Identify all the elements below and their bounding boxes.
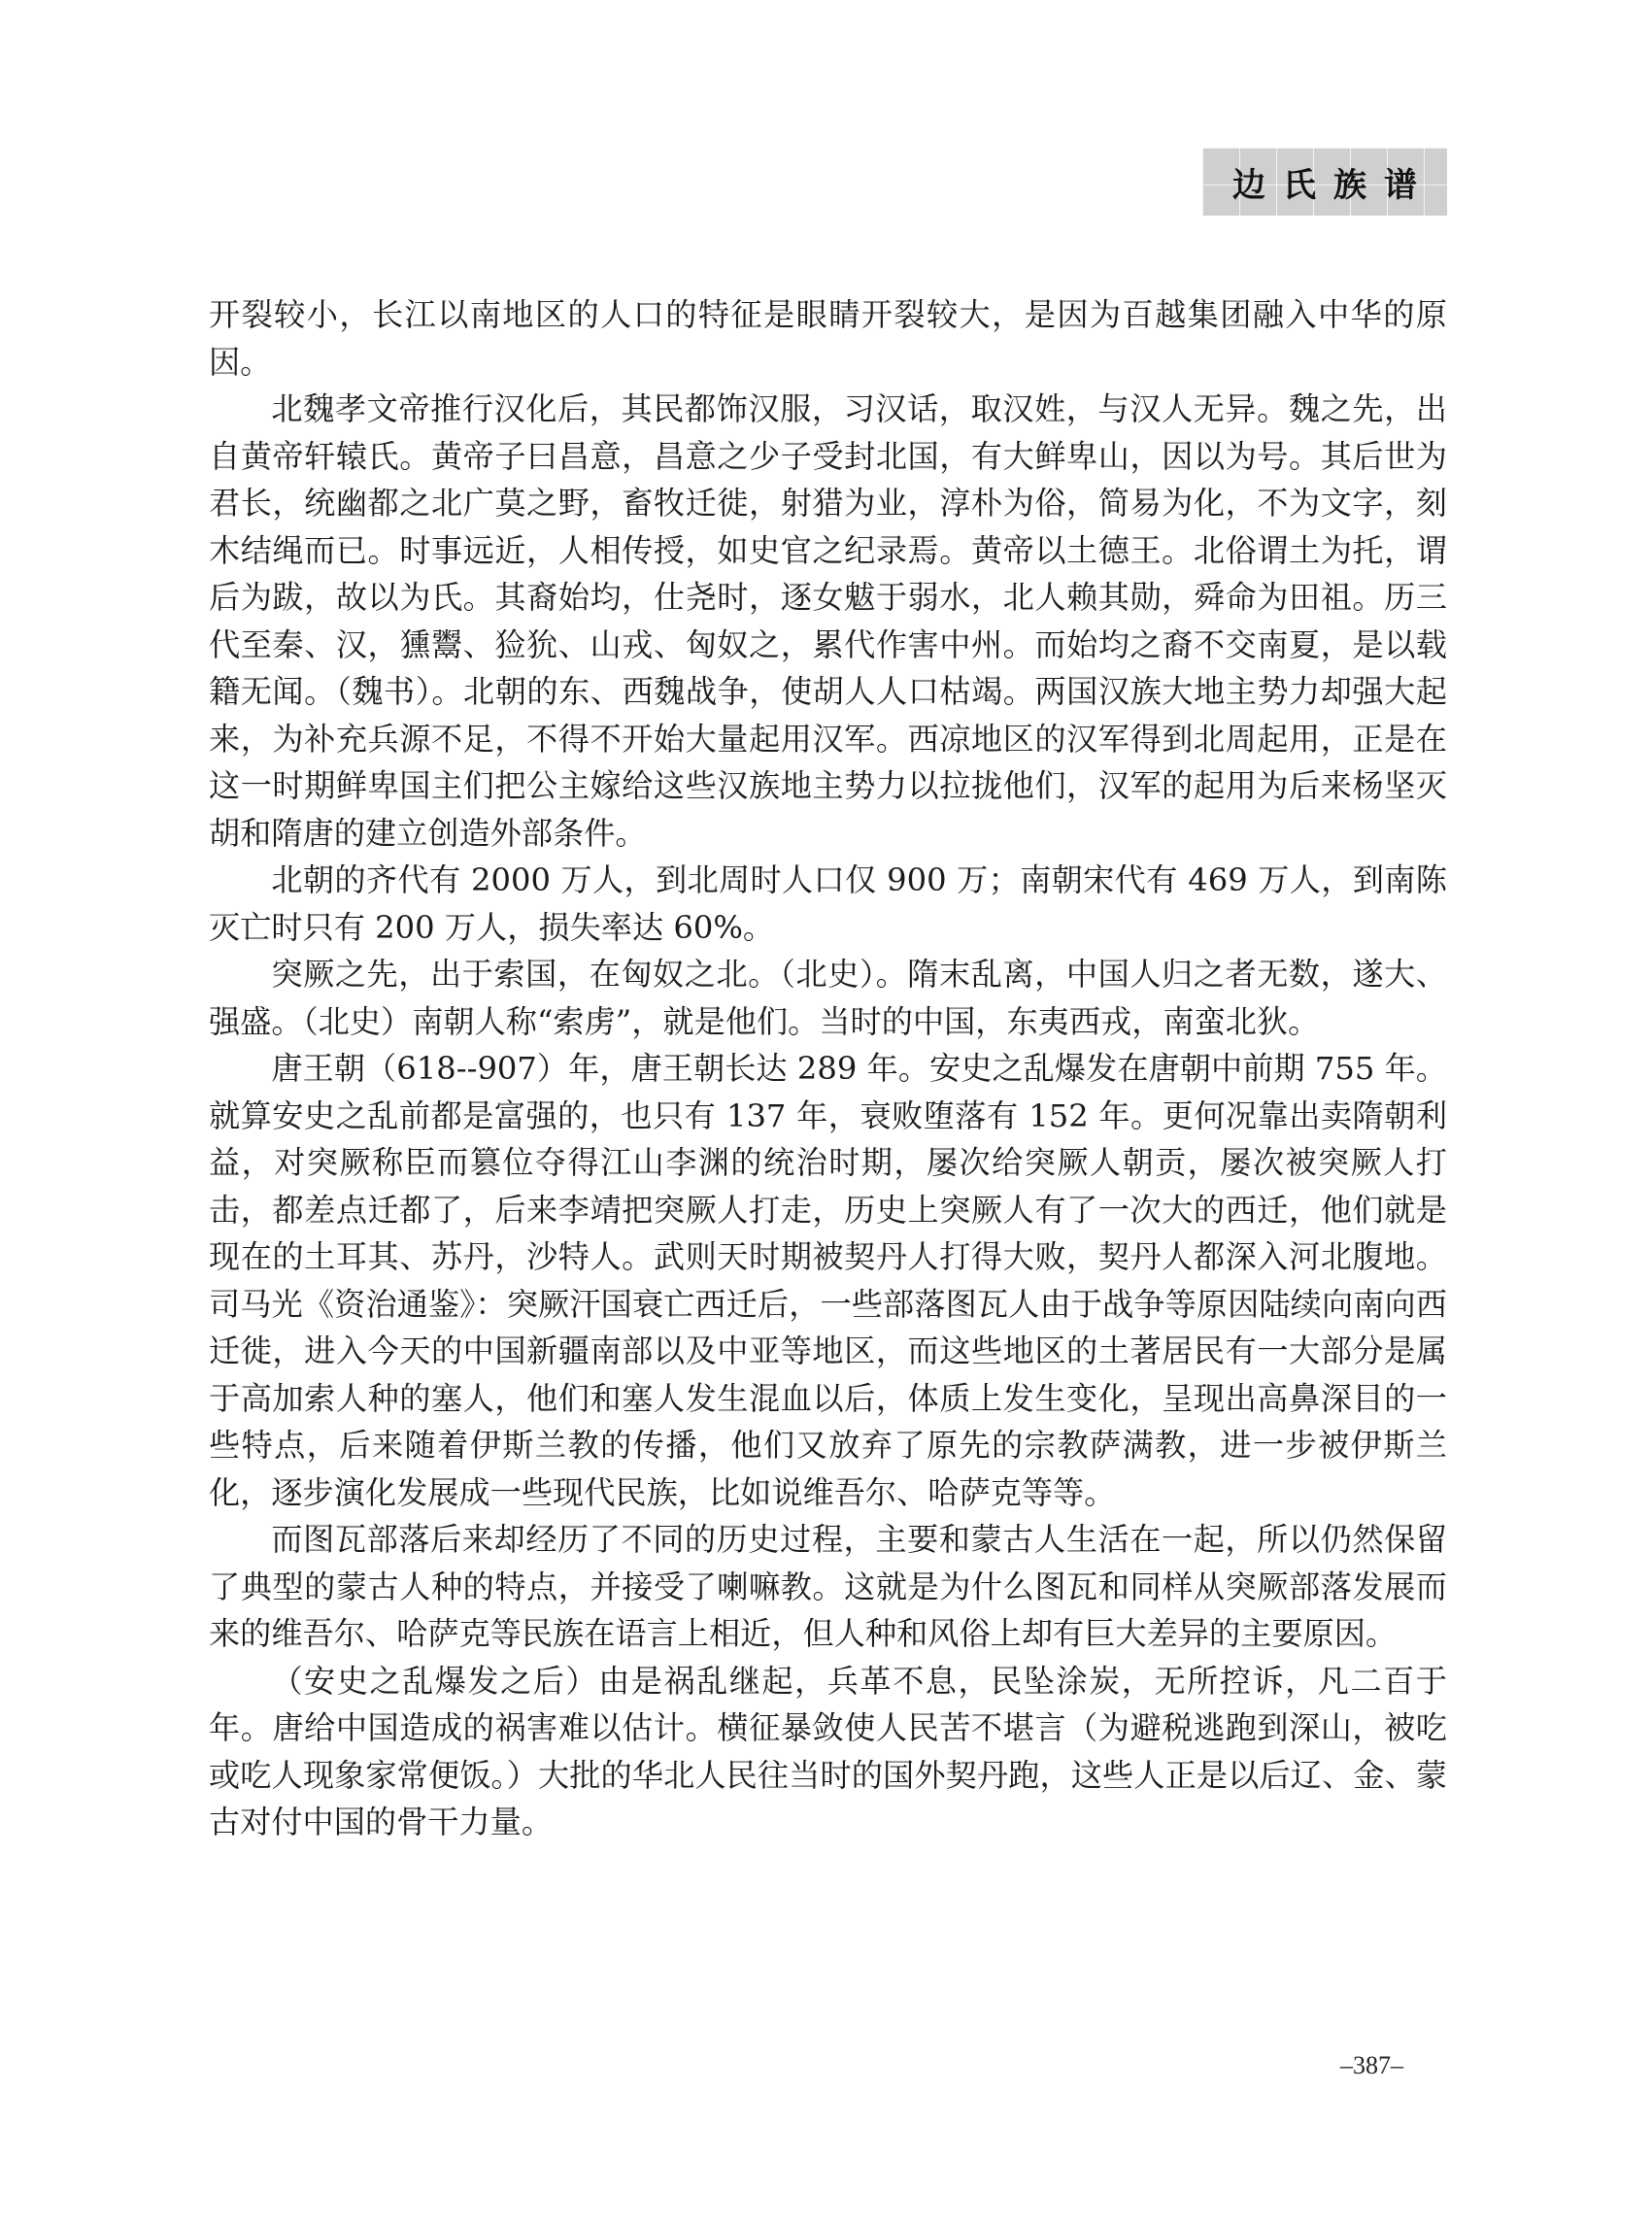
paragraph: 而图瓦部落后来却经历了不同的历史过程，主要和蒙古人生活在一起，所以仍然保留了典型… [209,1516,1447,1658]
paragraph: 唐王朝（618--907）年，唐王朝长达 289 年。安史之乱爆发在唐朝中前期 … [209,1045,1447,1516]
running-header-title: 边氏族谱 [1215,158,1434,206]
running-header-box: 边氏族谱 [1202,148,1447,216]
paragraph: （安史之乱爆发之后）由是祸乱继起，兵革不息，民坠涂炭，无所控诉，凡二百于年。唐给… [209,1658,1447,1846]
paragraph: 开裂较小，长江以南地区的人口的特征是眼睛开裂较大，是因为百越集团融入中华的原因。 [209,291,1447,386]
paragraph: 北朝的齐代有 2000 万人，到北周时人口仅 900 万；南朝宋代有 469 万… [209,857,1447,951]
page-body: 开裂较小，长江以南地区的人口的特征是眼睛开裂较大，是因为百越集团融入中华的原因。… [209,291,1447,1846]
paragraph: 北魏孝文帝推行汉化后，其民都饰汉服，习汉话，取汉姓，与汉人无异。魏之先，出自黄帝… [209,386,1447,857]
page-number: –387– [1340,2051,1403,2080]
paragraph: 突厥之先，出于索国，在匈奴之北。（北史）。隋末乱离，中国人归之者无数，遂大、强盛… [209,951,1447,1045]
